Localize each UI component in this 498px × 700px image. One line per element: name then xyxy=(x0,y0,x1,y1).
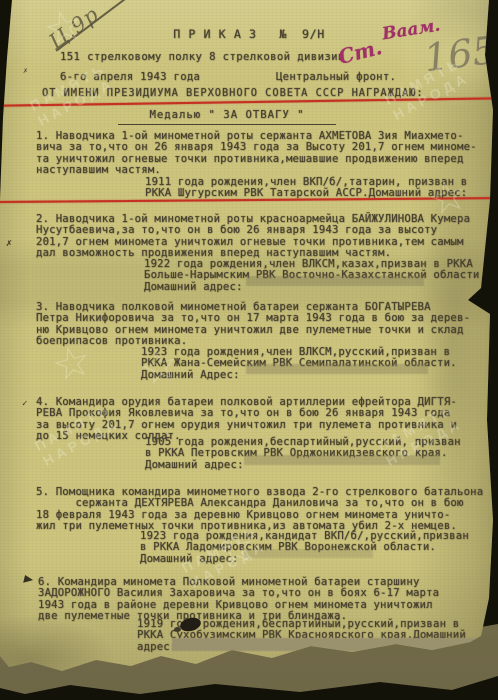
order-page-paper: П Р И К А З № 9/Н 151 стрелковому полку … xyxy=(0,0,498,700)
citation-text: 2. Наводчика 1-ой минометной роты красно… xyxy=(36,214,470,259)
ink-blot-small xyxy=(174,627,181,632)
scanned-document-page: П Р И К А З № 9/Н 151 стрелковому полку … xyxy=(0,0,498,700)
pencil-note: Ц.9р xyxy=(44,2,103,54)
citation-text: 3. Наводчика полковой минометной батареи… xyxy=(36,302,470,347)
margin-mark: ✗ xyxy=(6,238,12,249)
address-erasure xyxy=(243,549,373,558)
bio-text: 1923 года рождения,кандидат ВКП/б/,русск… xyxy=(140,531,469,565)
margin-mark: ✓ xyxy=(22,399,27,409)
citation-text: 5. Помощника командира минометного взвод… xyxy=(36,487,483,532)
order-date: 6-го апреля 1943 года xyxy=(60,72,200,83)
order-title: П Р И К А З № 9/Н xyxy=(118,29,380,40)
medal-heading: Медалью " ЗА ОТВАГУ " xyxy=(118,110,336,125)
address-erasure xyxy=(246,276,424,286)
award-statement: ОТ ИМЕНИ ПРЕЗИДИУМА ВЕРХОВНОГО СОВЕТА СС… xyxy=(42,88,424,99)
citation-text: 1. Наводчика 1-ой минометной роты сержан… xyxy=(36,131,477,176)
address-erasure xyxy=(246,364,428,374)
bio-text: 1911 года рождения,член ВКП/б/,татарин, … xyxy=(145,177,467,200)
order-front: Центральный фронт. xyxy=(276,72,396,83)
citation-text: 6. Командира миномета Полковой минометно… xyxy=(38,577,439,622)
order-subtitle: 151 стрелковому полку 8 стрелковой дивиз… xyxy=(60,52,345,63)
margin-arrow-mark xyxy=(23,575,34,585)
margin-mark: ✗ xyxy=(23,66,28,75)
address-erasure xyxy=(244,455,440,465)
bio-text: 1905 года рождения,беспартийный,русский,… xyxy=(145,437,461,471)
pencil-number: 165 xyxy=(422,28,498,81)
